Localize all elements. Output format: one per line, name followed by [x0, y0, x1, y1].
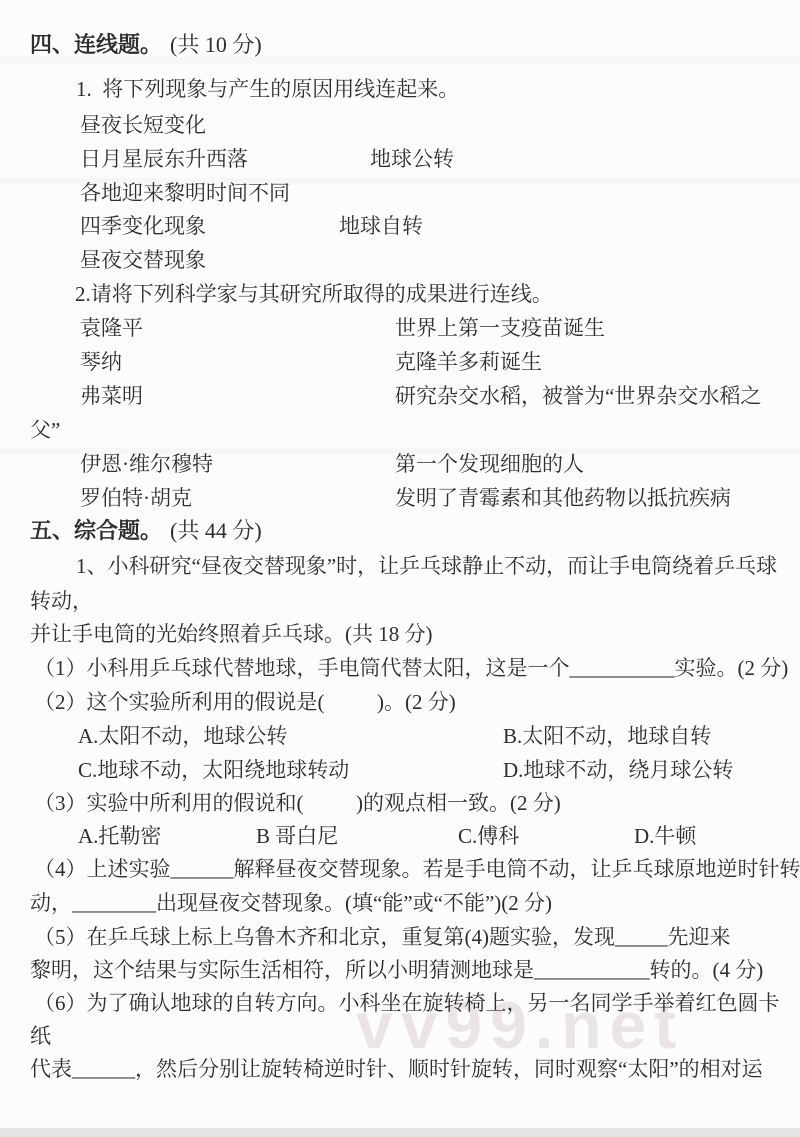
q5-1-sub6-line1: （6）为了确认地球的自转方向。小科坐在旋转椅上，另一名同学手举着红色圆卡: [0, 990, 800, 1016]
q5-1-intro-3-text: 并让手电筒的光始终照着乒乓球。(共 18 分): [30, 621, 433, 647]
q5-1-sub2-options-ab-text: B.太阳不动，地球自转: [503, 723, 711, 749]
q4-1-prompt: 1. 将下列现象与产生的原因用线连起来。: [0, 76, 800, 102]
match2-row-1-text: 世界上第一支疫苗诞生: [395, 315, 605, 341]
scan-artifact-band: [0, 57, 800, 65]
match1-left-3-text: 各地迎来黎明时间不同: [80, 180, 290, 206]
q4-2-prompt-text: 2.请将下列科学家与其研究所取得的成果进行连线。: [75, 281, 553, 307]
q5-1-intro-1: 1、小科研究“昼夜交替现象”时，让乒乓球静止不动，而让手电筒绕着乒乓球: [0, 553, 800, 579]
q5-1-sub2-options-cd: C.地球不动，太阳绕地球转动D.地球不动，绕月球公转: [0, 757, 800, 783]
match2-row-2: 琴纳克隆羊多莉诞生: [0, 349, 800, 375]
q5-1-sub4-line2: 动，________出现昼夜交替现象。(填“能”或“不能”)(2 分): [0, 890, 800, 916]
match2-row-4: 伊恩·维尔穆特第一个发现细胞的人: [0, 451, 800, 477]
q5-1-sub4-line1: （4）上述实验______解释昼夜交替现象。若是手电筒不动，让乒乓球原地逆时针转: [0, 856, 800, 882]
q5-1-sub4-line1-text: （4）上述实验______解释昼夜交替现象。若是手电筒不动，让乒乓球原地逆时针转: [34, 856, 800, 882]
section4-heading-text: (共 10 分): [170, 32, 262, 58]
q5-1-sub3-options: A.托勒密B 哥白尼C.傅科D.牛顿: [0, 823, 800, 849]
match1-row-2-text: 日月星辰东升西落: [80, 146, 248, 172]
section4-heading: 四、连线题。(共 10 分): [0, 32, 800, 58]
q5-1-intro-3: 并让手电筒的光始终照着乒乓球。(共 18 分): [0, 621, 800, 647]
q5-1-sub5-line1-text: （5）在乒乓球上标上乌鲁木齐和北京，重复第(4)题实验，发现_____先迎来: [34, 924, 730, 950]
q5-1-sub3-text: （3）实验中所利用的假说和( )的观点相一致。(2 分): [34, 790, 561, 816]
match2-row-5-text: 罗伯特·胡克: [80, 485, 192, 511]
section5-heading-text: (共 44 分): [170, 518, 262, 544]
q4-2-prompt: 2.请将下列科学家与其研究所取得的成果进行连线。: [0, 281, 800, 307]
match1-left-5: 昼夜交替现象: [0, 247, 800, 273]
q5-1-sub4-line2-text: 动，________出现昼夜交替现象。(填“能”或“不能”)(2 分): [30, 890, 552, 916]
q5-1-sub3-options-text: B 哥白尼: [256, 823, 338, 849]
match2-row-5: 罗伯特·胡克发明了青霉素和其他药物以抵抗疾病: [0, 485, 800, 511]
q5-1-sub6-line3-text: 代表______，然后分别让旋转椅逆时针、顺时针旋转，同时观察“太阳”的相对运: [30, 1056, 763, 1082]
match1-row-4-text: 四季变化现象: [80, 213, 206, 239]
q5-1-sub5-line1: （5）在乒乓球上标上乌鲁木齐和北京，重复第(4)题实验，发现_____先迎来: [0, 924, 800, 950]
match2-row-2-text: 琴纳: [80, 349, 122, 375]
q5-1-sub1-text: （1）小科用乒乓球代替地球，手电筒代替太阳，这是一个__________实验。(…: [34, 655, 788, 681]
q5-1-intro-1-text: 1、小科研究“昼夜交替现象”时，让乒乓球静止不动，而让手电筒绕着乒乓球: [76, 553, 777, 579]
match1-left-5-text: 昼夜交替现象: [80, 247, 206, 273]
section5-heading: 五、综合题。(共 44 分): [0, 518, 800, 544]
match1-left-1: 昼夜长短变化: [0, 112, 800, 138]
q5-1-intro-2: 转动，: [0, 588, 800, 614]
q5-1-sub2-options-ab: A.太阳不动，地球公转B.太阳不动，地球自转: [0, 723, 800, 749]
q5-1-sub6-line3: 代表______，然后分别让旋转椅逆时针、顺时针旋转，同时观察“太阳”的相对运: [0, 1056, 800, 1082]
q5-1-sub6-line1-text: （6）为了确认地球的自转方向。小科坐在旋转椅上，另一名同学手举着红色圆卡: [34, 990, 780, 1016]
q5-1-sub1: （1）小科用乒乓球代替地球，手电筒代替太阳，这是一个__________实验。(…: [0, 655, 800, 681]
match1-row-2-text: 地球公转: [370, 146, 454, 172]
match1-row-2: 日月星辰东升西落地球公转: [0, 146, 800, 172]
page-bottom-edge: [0, 1128, 800, 1137]
section4-heading-text: 四、连线题。: [30, 32, 162, 58]
q5-1-sub5-line2-text: 黎明，这个结果与实际生活相符，所以小明猜测地球是___________转的。(4…: [30, 957, 763, 983]
match2-row-3-wrap: 父”: [0, 417, 800, 443]
match2-row-3-text: 弗菜明: [80, 383, 143, 409]
q5-1-sub6-line2-text: 纸: [30, 1023, 51, 1049]
match1-row-4: 四季变化现象地球自转: [0, 213, 800, 239]
q5-1-sub6-line2: 纸: [0, 1023, 800, 1049]
exam-scan-page: { "colors": { "background": "#fcfcfb", "…: [0, 0, 800, 1137]
q5-1-sub2-text: （2）这个实验所利用的假说是( )。(2 分): [34, 689, 456, 715]
q5-1-sub2-options-cd-text: C.地球不动，太阳绕地球转动: [78, 757, 349, 783]
match2-row-3: 弗菜明研究杂交水稻，被誉为“世界杂交水稻之: [0, 383, 800, 409]
q5-1-sub2: （2）这个实验所利用的假说是( )。(2 分): [0, 689, 800, 715]
match2-row-5-text: 发明了青霉素和其他药物以抵抗疾病: [395, 485, 731, 511]
q5-1-sub3: （3）实验中所利用的假说和( )的观点相一致。(2 分): [0, 790, 800, 816]
match2-row-2-text: 克隆羊多莉诞生: [395, 349, 542, 375]
q5-1-sub3-options-text: A.托勒密: [78, 823, 161, 849]
q5-1-sub2-options-ab-text: A.太阳不动，地球公转: [78, 723, 287, 749]
document-body: vv99.net 四、连线题。(共 10 分)1. 将下列现象与产生的原因用线连…: [0, 0, 800, 1137]
q5-1-intro-2-text: 转动，: [30, 588, 93, 614]
match2-row-3-text: 研究杂交水稻，被誉为“世界杂交水稻之: [395, 383, 761, 409]
match2-row-1: 袁隆平世界上第一支疫苗诞生: [0, 315, 800, 341]
section5-heading-text: 五、综合题。: [30, 518, 162, 544]
match1-left-1-text: 昼夜长短变化: [80, 112, 206, 138]
match1-left-3: 各地迎来黎明时间不同: [0, 180, 800, 206]
q5-1-sub2-options-cd-text: D.地球不动，绕月球公转: [503, 757, 733, 783]
q5-1-sub3-options-text: C.傅科: [458, 823, 519, 849]
match2-row-3-wrap-text: 父”: [30, 417, 60, 443]
match1-row-4-text: 地球自转: [339, 213, 423, 239]
match2-row-1-text: 袁隆平: [80, 315, 143, 341]
q5-1-sub5-line2: 黎明，这个结果与实际生活相符，所以小明猜测地球是___________转的。(4…: [0, 957, 800, 983]
match2-row-4-text: 第一个发现细胞的人: [395, 451, 584, 477]
q5-1-sub3-options-text: D.牛顿: [634, 823, 696, 849]
q4-1-prompt-text: 1. 将下列现象与产生的原因用线连起来。: [76, 76, 459, 102]
match2-row-4-text: 伊恩·维尔穆特: [80, 451, 213, 477]
